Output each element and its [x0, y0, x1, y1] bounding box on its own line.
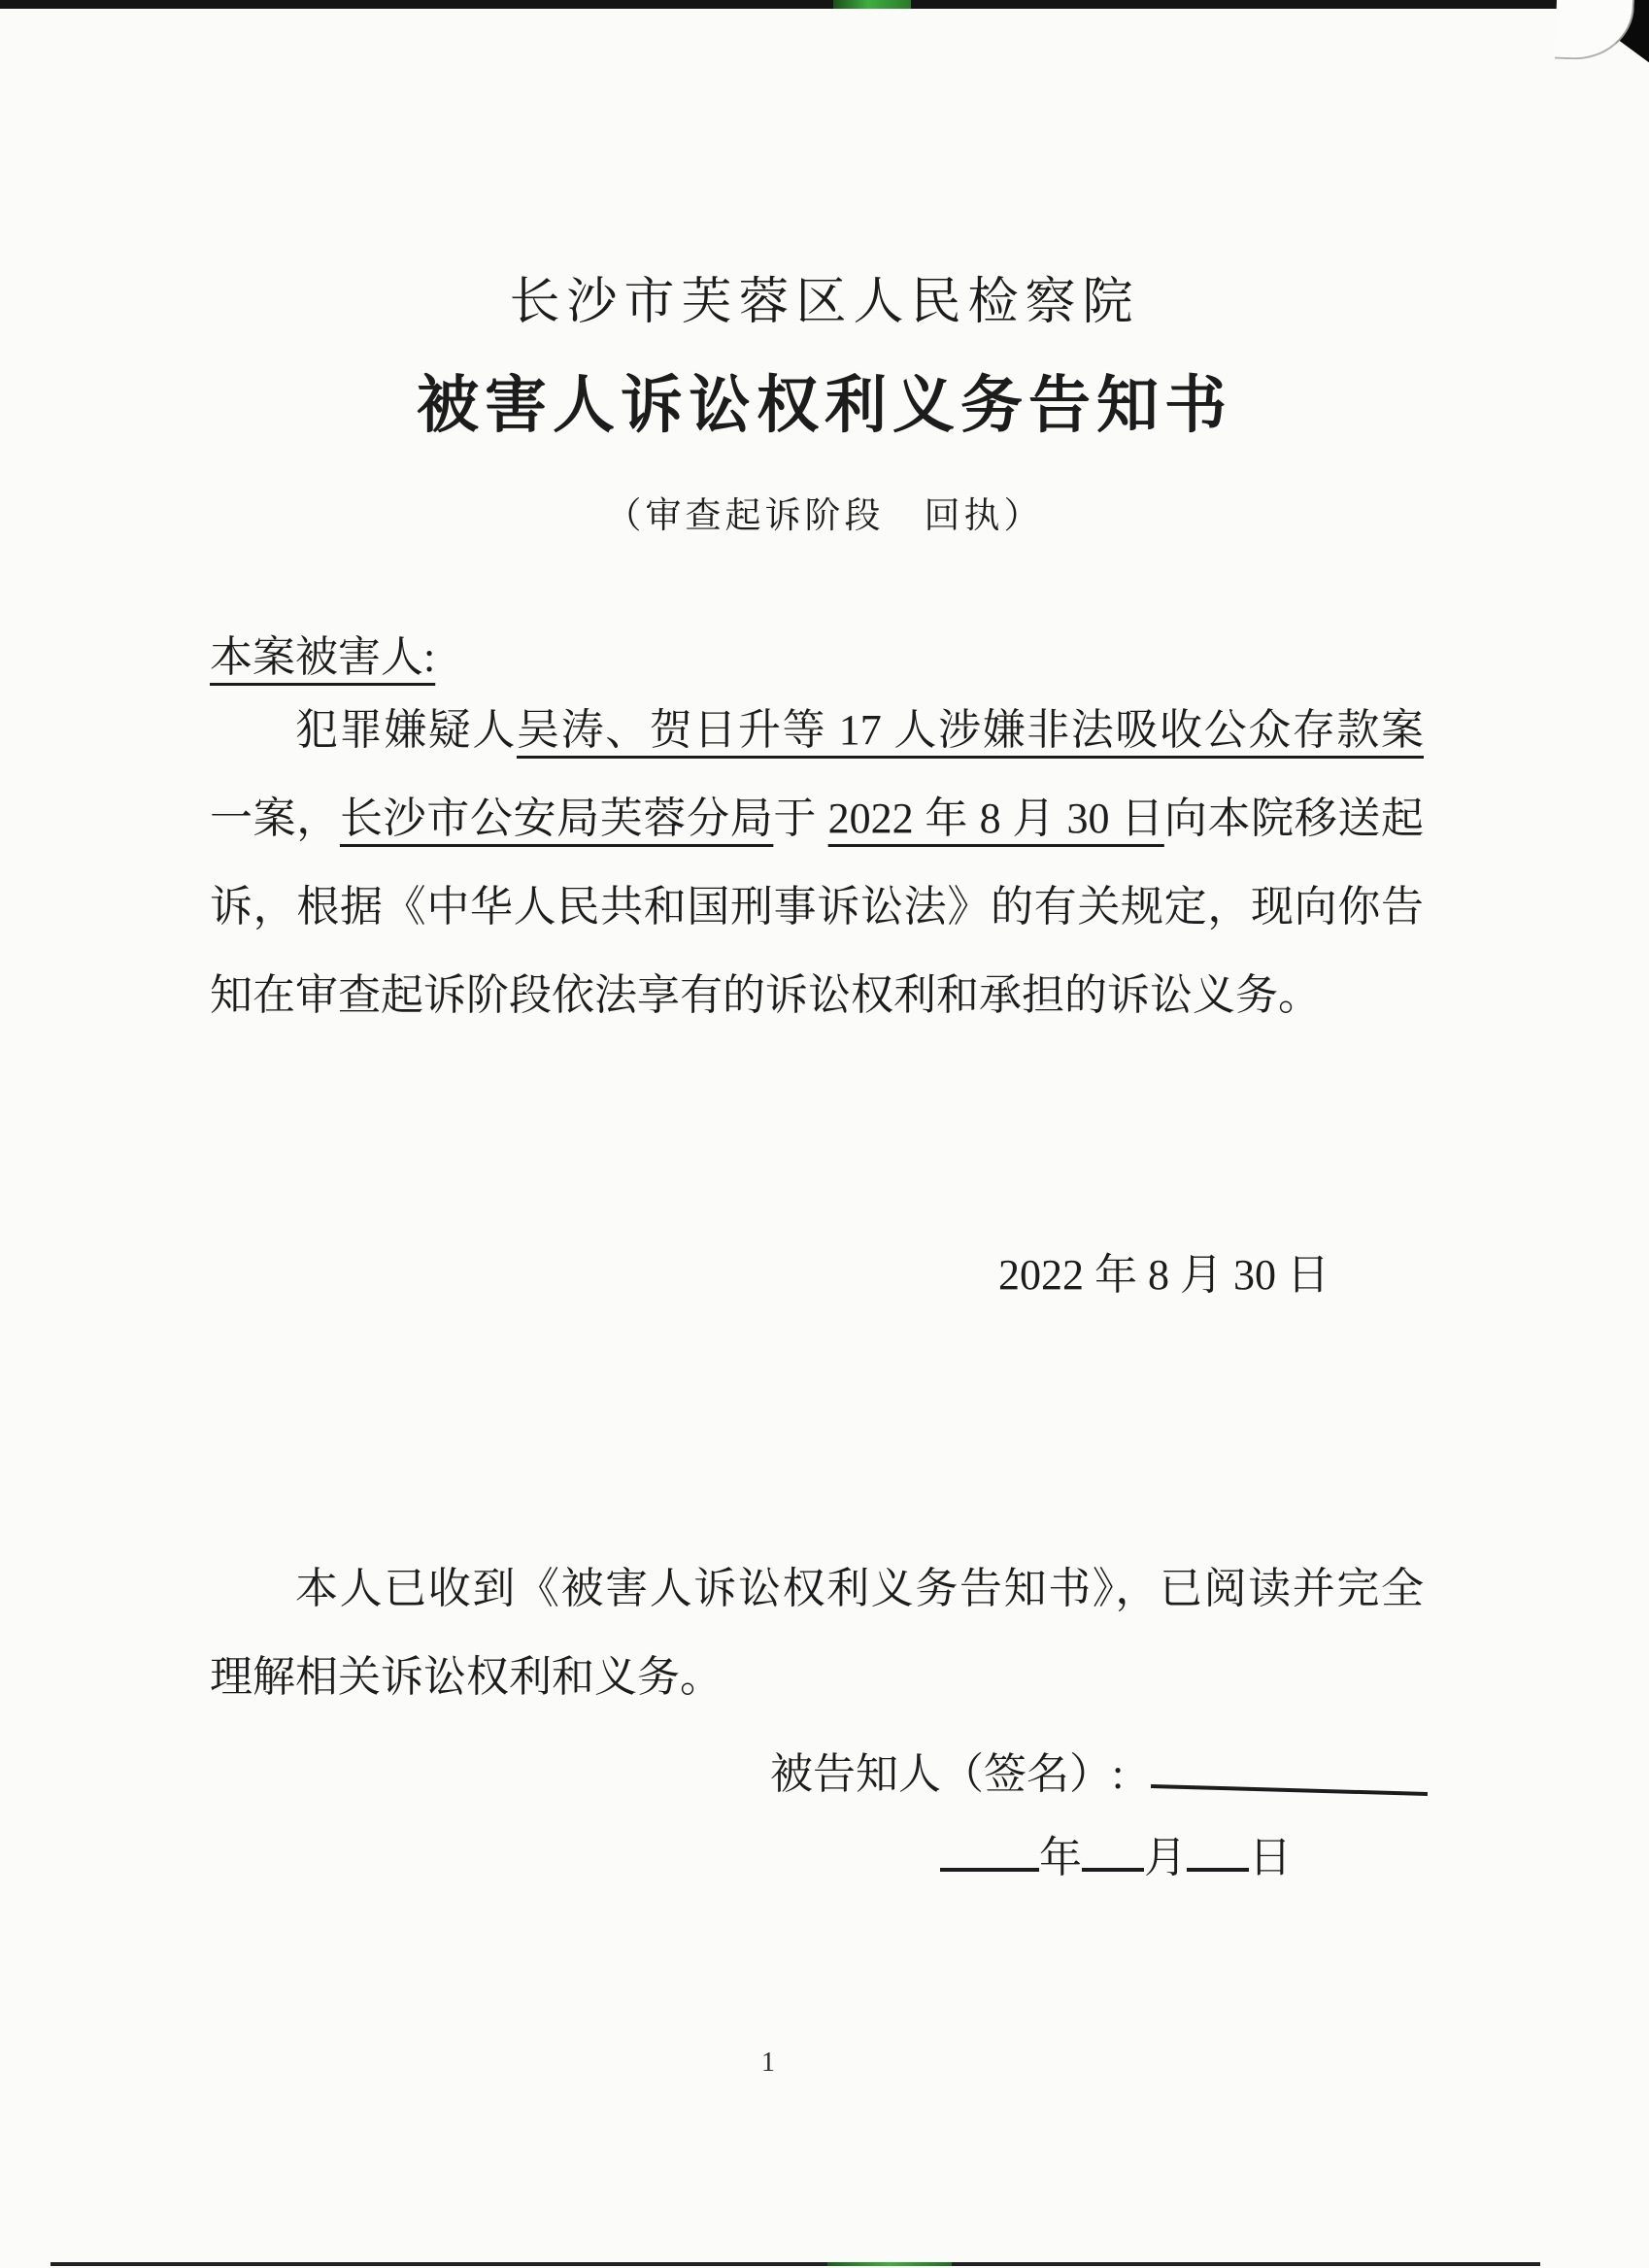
scan-edge-top-green-mark: [833, 0, 911, 9]
date-fill-line: 年月日: [940, 1822, 1292, 1884]
month-label: 月: [1144, 1834, 1187, 1881]
para-segment-suspects-underlined: 吴涛、贺日升等 17 人涉嫌非法吸收公众存款案: [517, 706, 1424, 754]
signature-blank-line: [1151, 1745, 1429, 1796]
folded-corner-curl: [1555, 0, 1634, 61]
scan-edge-bottom-green-mark: [827, 2262, 952, 2266]
scanned-legal-document-page: { "header": { "org_name": "长沙市芙蓉区人民检察院",…: [0, 0, 1649, 2268]
receipt-acknowledgement: 本人已收到《被害人诉讼权利义务告知书》，已阅读并完全理解相关诉讼权利和义务。: [210, 1544, 1424, 1721]
scan-edge-bottom: [50, 2262, 1540, 2266]
para-segment-plain: 一案，: [210, 795, 340, 842]
page-number: 1: [0, 2048, 1593, 2079]
procuratorate-name: 长沙市芙蓉区人民检察院: [0, 260, 1649, 333]
para-segment-transfer-date-underlined: 2022 年 8 月 30 日: [828, 795, 1164, 842]
signer-label: 被告知人（签名）:: [770, 1750, 1124, 1798]
document-subtitle: （审查起诉阶段 回执）: [0, 486, 1649, 538]
folded-corner-artifact: [1540, 0, 1649, 89]
year-label: 年: [1039, 1834, 1082, 1881]
day-blank-line: [1187, 1829, 1249, 1872]
signature-line: 被告知人（签名）:: [770, 1739, 1428, 1801]
victim-label: 本案被害人:: [210, 622, 435, 684]
para-segment-plain: 犯罪嫌疑人: [295, 706, 517, 754]
day-label: 日: [1249, 1834, 1292, 1881]
month-blank-line: [1082, 1829, 1144, 1872]
document-title: 被害人诉讼权利义务告知书: [0, 355, 1649, 445]
scan-edge-top: [0, 0, 1649, 9]
case-notification-paragraph: 犯罪嫌疑人吴涛、贺日升等 17 人涉嫌非法吸收公众存款案一案，长沙市公安局芙蓉分…: [210, 686, 1424, 1039]
year-blank-line: [940, 1829, 1039, 1872]
para-segment-police-bureau-underlined: 长沙市公安局芙蓉分局: [340, 795, 773, 842]
issue-date: 2022 年 8 月 30 日: [998, 1239, 1329, 1302]
para-segment-plain: 于: [773, 795, 827, 842]
